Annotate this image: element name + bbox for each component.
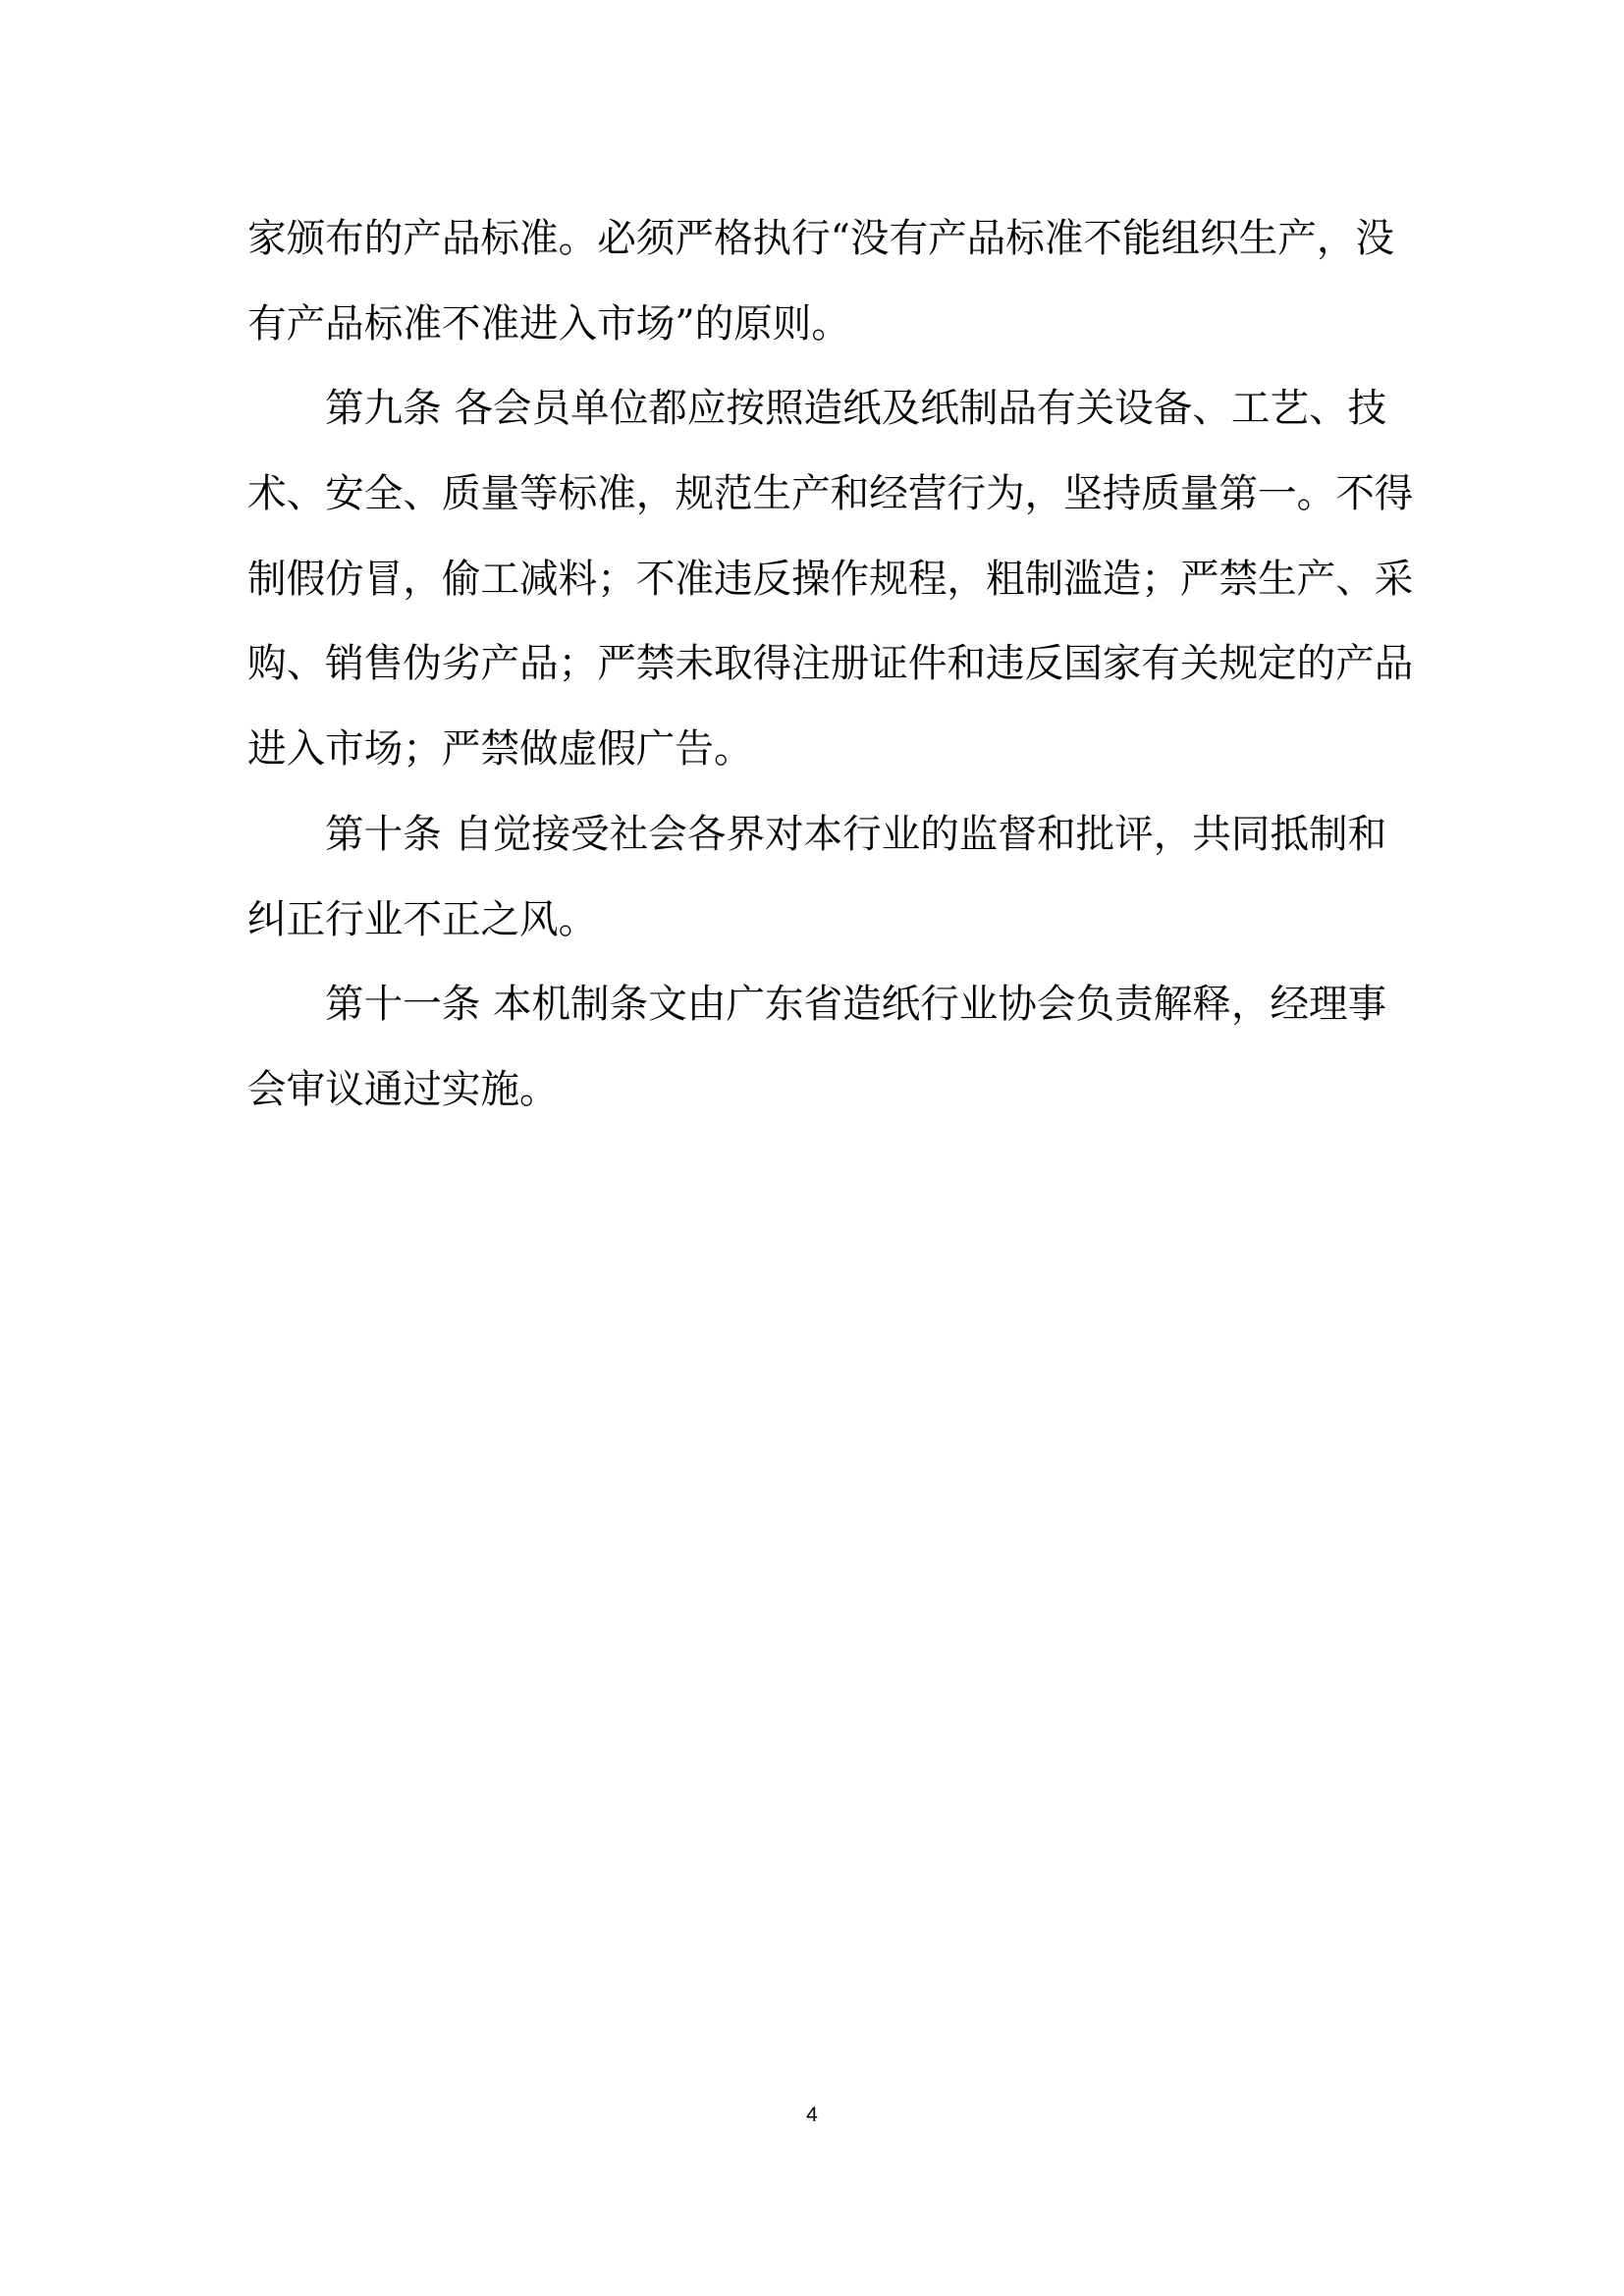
article-9-line-4: 购、销售伪劣产品；严禁未取得注册证件和违反国家有关规定的产品 [247,621,1377,707]
article-10-line-2: 纠正行业不正之风。 [247,878,1377,963]
page-number: 4 [0,2103,1624,2128]
article-11-line-2: 会审议通过实施。 [247,1047,1377,1133]
document-page: 家颁布的产品标准。必须严格执行“没有产品标准不能组织生产，没 有产品标准不准进入… [0,0,1624,2296]
article-9-line-1: 第九条 各会员单位都应按照造纸及纸制品有关设备、工艺、技 [247,366,1377,452]
article-10-line-1: 第十条 自觉接受社会各界对本行业的监督和批评，共同抵制和 [247,792,1377,878]
body-text: 家颁布的产品标准。必须严格执行“没有产品标准不能组织生产，没 有产品标准不准进入… [247,196,1377,1133]
paragraph-continuation-line-2: 有产品标准不准进入市场”的原则。 [247,282,1377,367]
article-9-line-2: 术、安全、质量等标准，规范生产和经营行为，坚持质量第一。不得 [247,452,1377,537]
article-9-line-3: 制假仿冒，偷工减料；不准违反操作规程，粗制滥造；严禁生产、采 [247,537,1377,622]
paragraph-continuation-line-1: 家颁布的产品标准。必须严格执行“没有产品标准不能组织生产，没 [247,196,1377,282]
article-9-line-5: 进入市场；严禁做虚假广告。 [247,707,1377,792]
article-11-line-1: 第十一条 本机制条文由广东省造纸行业协会负责解释，经理事 [247,962,1377,1047]
